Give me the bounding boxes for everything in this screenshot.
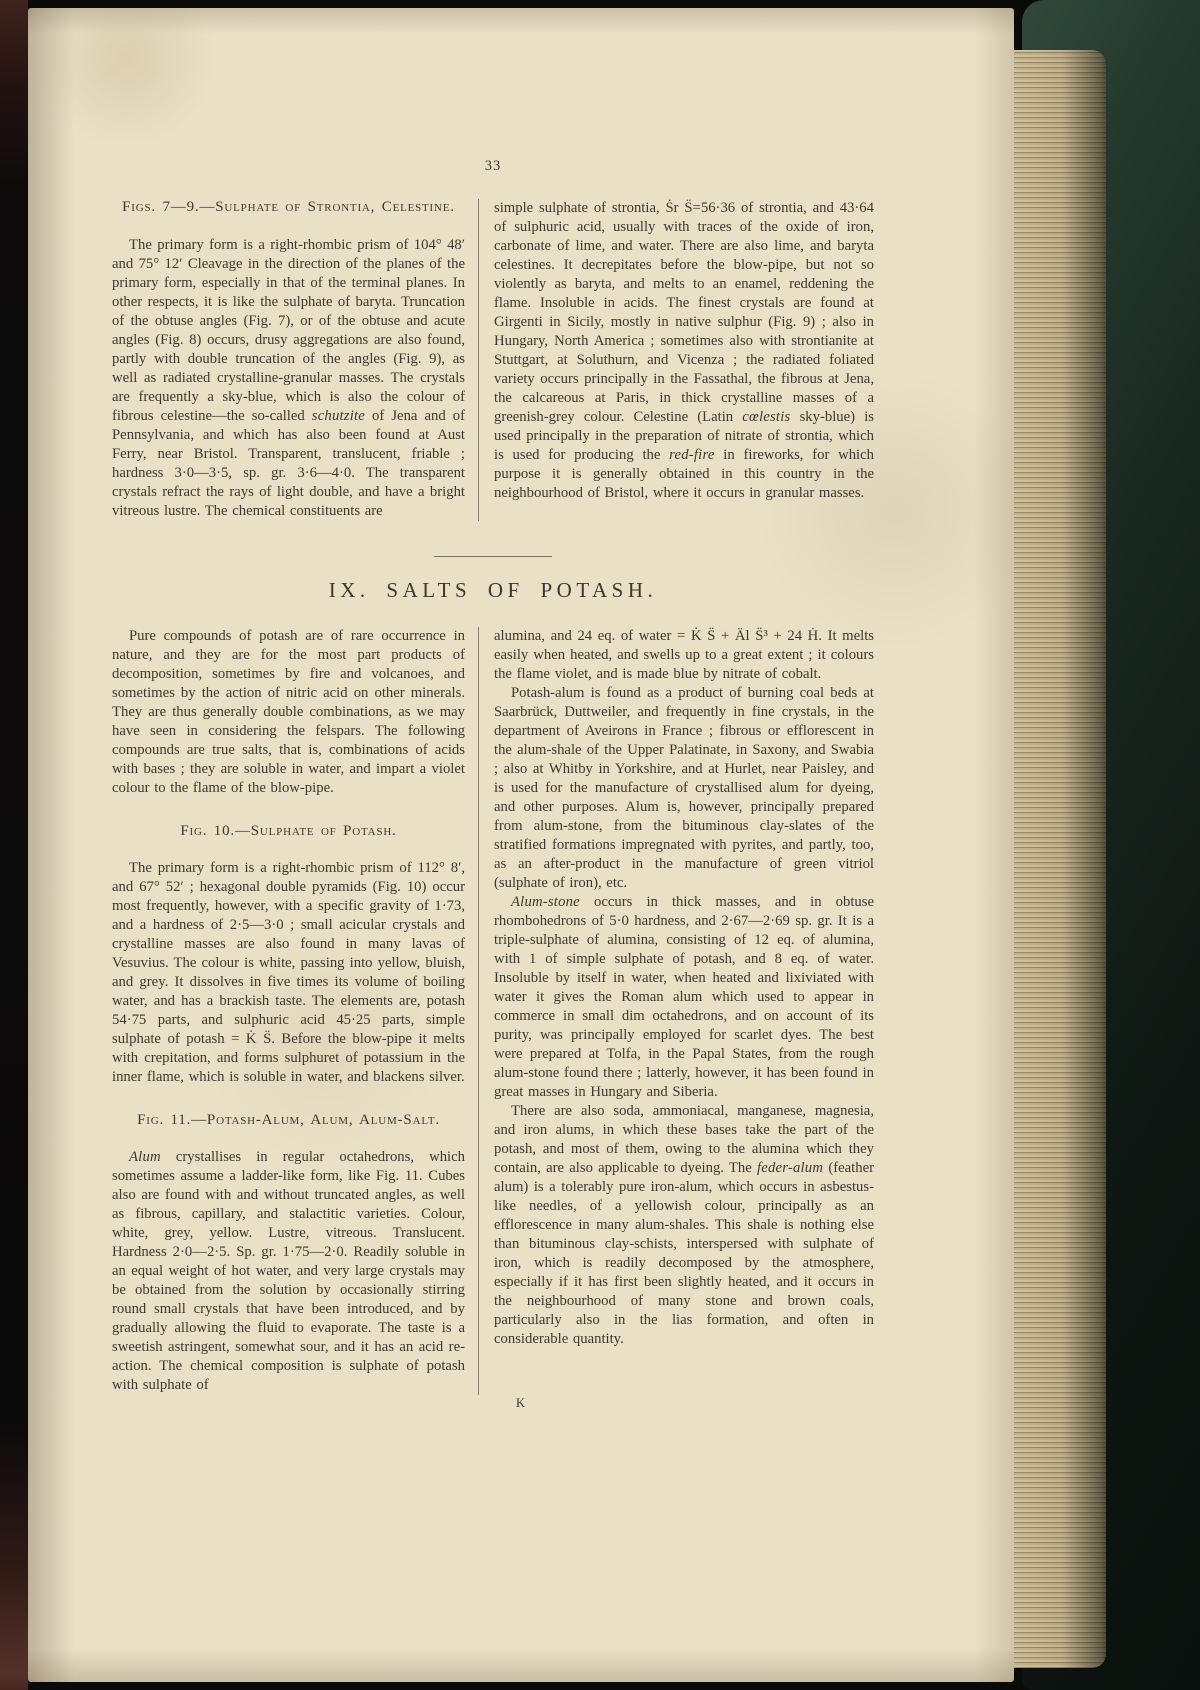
page-number: 33 (112, 8, 874, 175)
paragraph: The primary form is a right-rhombic pris… (112, 859, 465, 1087)
fig11-heading: Fig. 11.—Potash-Alum, Alum, Alum-Salt. (112, 1112, 465, 1129)
paragraph: Pure compounds of potash are of rare occ… (112, 627, 465, 798)
signature-mark: K (516, 1396, 874, 1411)
book-spine-edge (0, 0, 28, 1690)
paragraph: Alum-stone occurs in thick masses, and i… (494, 893, 874, 1102)
fig10-heading: Fig. 10.—Sulphate of Potash. (112, 823, 465, 840)
paragraph: The primary form is a right-rhombic pris… (112, 236, 465, 521)
celestine-left-column: Figs. 7—9.—Sulphate of Strontia, Celesti… (112, 199, 478, 521)
scanned-book-photo: 33 Figs. 7—9.—Sulphate of Strontia, Cele… (0, 0, 1200, 1690)
paragraph: Potash-alum is found as a product of bur… (494, 684, 874, 893)
potash-right-column: alumina, and 24 eq. of water = K̇ S̈ + Ä… (478, 627, 874, 1395)
paragraph: Alum crystallises in regular octahedrons… (112, 1148, 465, 1395)
page-content: 33 Figs. 7—9.—Sulphate of Strontia, Cele… (112, 8, 874, 1411)
paragraph: There are also soda, ammoniacal, mangane… (494, 1102, 874, 1349)
celestine-heading: Figs. 7—9.—Sulphate of Strontia, Celesti… (112, 199, 465, 216)
book-page: 33 Figs. 7—9.—Sulphate of Strontia, Cele… (28, 8, 1014, 1682)
potash-left-column: Pure compounds of potash are of rare occ… (112, 627, 478, 1395)
page-fore-edge (1008, 50, 1106, 1668)
section-salts-of-potash: Pure compounds of potash are of rare occ… (112, 627, 874, 1411)
section-divider-rule (434, 556, 552, 557)
paragraph: alumina, and 24 eq. of water = K̇ S̈ + Ä… (494, 627, 874, 684)
salts-of-potash-heading: IX. SALTS OF POTASH. (112, 578, 874, 603)
section-celestine: Figs. 7—9.—Sulphate of Strontia, Celesti… (112, 199, 874, 521)
celestine-right-column: simple sulphate of strontia, Ṡr S̈=56·36… (478, 199, 874, 521)
paragraph: simple sulphate of strontia, Ṡr S̈=56·36… (494, 199, 874, 503)
